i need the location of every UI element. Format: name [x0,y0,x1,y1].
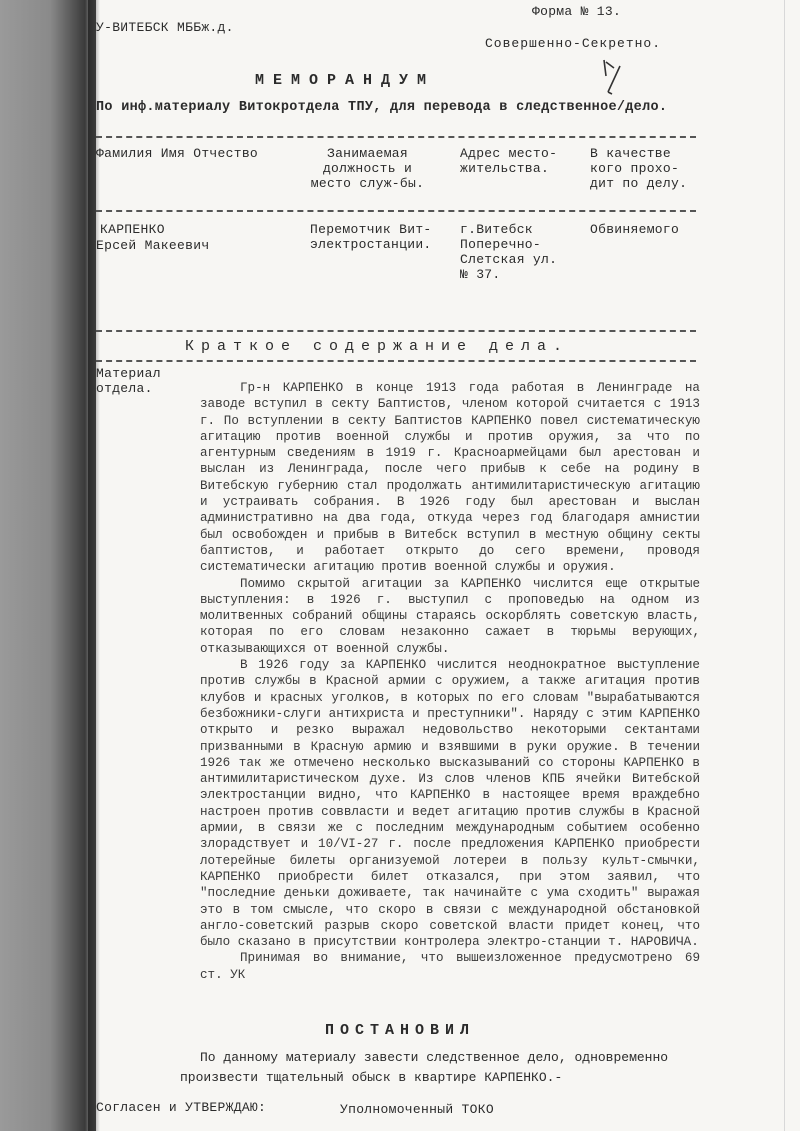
column-header-name: Фамилия Имя Отчество [96,146,258,161]
left-column-label-2: отдела. [96,381,153,396]
column-header-position: Занимаемая должность и место служ-бы. [305,146,430,191]
form-number: Форма № 13. [532,4,621,19]
table-top-divider [96,136,696,138]
summary-top-divider [96,330,696,332]
left-column-label-1: Материал [96,366,161,381]
accused-name: Ерсей Макеевич [96,238,209,253]
scan-shadow [0,0,100,1131]
table-header-divider [96,210,696,212]
approval-label: Согласен и УТВЕРЖДАЮ: [96,1100,266,1115]
case-summary-body: Гр-н КАРПЕНКО в конце 1913 года работая … [200,380,700,983]
decree-text: По данному материалу завести следственно… [180,1048,700,1088]
accused-role: Обвиняемого [590,222,679,237]
document-title: МЕМОРАНДУМ [255,72,435,89]
summary-paragraph: В 1926 году за КАРПЕНКО числится неоднок… [200,657,700,950]
document-subtitle: По инф.материалу Витокротдела ТПУ, для п… [96,100,667,115]
column-header-role: В качестве кого прохо-дит по делу. [590,146,695,191]
accused-surname: КАРПЕНКО [100,222,165,237]
summary-heading: Краткое содержание дела. [185,338,569,355]
summary-paragraph: Принимая во внимание, что вышеизложенное… [200,950,700,983]
handwritten-mark-icon [600,58,630,98]
summary-paragraph: Помимо скрытой агитации за КАРПЕНКО числ… [200,576,700,657]
organization-header: У-ВИТЕБСК МББж.д. [96,20,234,35]
classification-stamp: Совершенно-Секретно. [485,36,661,51]
column-header-address: Адрес место-жительства. [460,146,570,176]
decree-heading: ПОСТАНОВИЛ [325,1022,475,1039]
accused-address: г.Витебск Поперечно-Слетская ул.№ 37. [460,222,560,282]
scan-fold-line [88,0,96,1131]
signatory-title: Уполномоченный ТОКО [340,1102,494,1117]
summary-bottom-divider [96,360,696,362]
accused-position: Перемотчик Вит-электростанции. [310,222,440,252]
page-edge [784,0,785,1131]
summary-paragraph: Гр-н КАРПЕНКО в конце 1913 года работая … [200,380,700,576]
